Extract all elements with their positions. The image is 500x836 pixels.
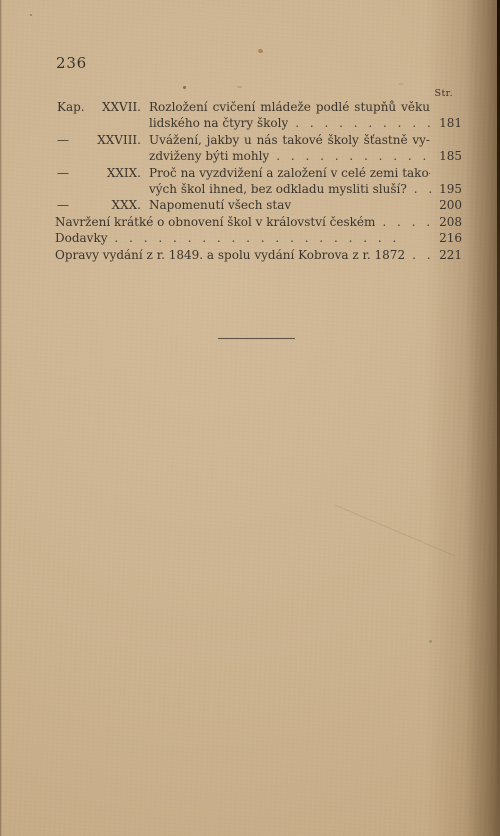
folio-page-number: 236: [56, 54, 87, 72]
entry-text: Proč na vyzdvižení a založení v celé zem…: [149, 165, 430, 181]
toc-continuation-row: zdviženy býti mohly . . . . . . . . . . …: [55, 148, 462, 164]
paper-speck: [257, 48, 263, 53]
dot-leader: . . . . .: [375, 214, 436, 230]
toc-section-row: Opravy vydání z r. 1849. a spolu vydání …: [55, 247, 462, 263]
entry-text: vých škol ihned, bez odkladu mysliti slu…: [149, 181, 407, 197]
dot-leader: . . . . . . . . . . .: [288, 115, 436, 131]
chapter-label: Kap.: [55, 99, 89, 115]
paper-speck: [183, 86, 186, 89]
dot-leader: . .: [407, 181, 436, 197]
entry-text: Rozložení cvičení mládeže podlé stupňů v…: [149, 99, 430, 115]
page-ref: 216: [436, 230, 462, 246]
entry-text: zdviženy býti mohly: [149, 148, 269, 164]
dot-leader: . . . . . . . . . . . . .: [269, 148, 436, 164]
page-ref: 185: [436, 148, 462, 164]
toc-section-row: Dodavky . . . . . . . . . . . . . . . . …: [55, 230, 462, 246]
paper-speck: [398, 83, 404, 85]
chapter-numeral: XXIX.: [89, 165, 141, 181]
chapter-numeral: XXVIII.: [89, 132, 141, 148]
entry-text: Napomenutí všech stavů země k oblíbení r…: [149, 197, 291, 213]
paper-speck: [30, 14, 32, 16]
page-ref: 181: [436, 115, 462, 131]
chapter-label: —: [55, 197, 89, 213]
section-title: Dodavky: [55, 230, 108, 246]
dot-leader: . . . . . . . . . . . . . . . . . . . .: [108, 230, 436, 246]
paper-speck: [429, 640, 432, 643]
section-title: Opravy vydání z r. 1849. a spolu vydání …: [55, 247, 405, 263]
toc-section-row: Navržení krátké o obnovení škol v králov…: [55, 214, 462, 230]
entry-text: lidského na čtyry školy: [149, 115, 288, 131]
table-of-contents: Kap. XXVII. Rozložení cvičení mládeže po…: [55, 99, 462, 263]
toc-entry-row: — XXIX. Proč na vyzdvižení a založení v …: [55, 165, 462, 181]
page-ref: 208: [436, 214, 462, 230]
entry-text: Uvážení, jakby u nás takové školy šťastn…: [149, 132, 430, 148]
toc-continuation-row: vých škol ihned, bez odkladu mysliti slu…: [55, 181, 462, 197]
end-of-contents-rule: [218, 338, 295, 339]
page-curve-shadow: [466, 0, 500, 836]
paper-scratch: [335, 505, 455, 557]
page-ref: 195: [436, 181, 462, 197]
chapter-label: —: [55, 165, 89, 181]
toc-entry-row: — XXX. Napomenutí všech stavů země k obl…: [55, 197, 462, 213]
scanned-book-page: 236 Str. Kap. XXVII. Rozložení cvičení m…: [0, 0, 500, 836]
toc-entry-row: Kap. XXVII. Rozložení cvičení mládeže po…: [55, 99, 462, 115]
page-ref: 200: [436, 197, 462, 213]
dot-leader: . .: [405, 247, 436, 263]
chapter-label: —: [55, 132, 89, 148]
toc-entry-row: — XXVIII. Uvážení, jakby u nás takové šk…: [55, 132, 462, 148]
section-title: Navržení krátké o obnovení škol v králov…: [55, 214, 375, 230]
paper-speck: [237, 86, 242, 88]
chapter-numeral: XXVII.: [89, 99, 141, 115]
page-ref: 221: [436, 247, 462, 263]
scan-left-edge: [0, 0, 2, 836]
toc-continuation-row: lidského na čtyry školy . . . . . . . . …: [55, 115, 462, 131]
chapter-numeral: XXX.: [89, 197, 141, 213]
page-column-header: Str.: [435, 88, 453, 99]
